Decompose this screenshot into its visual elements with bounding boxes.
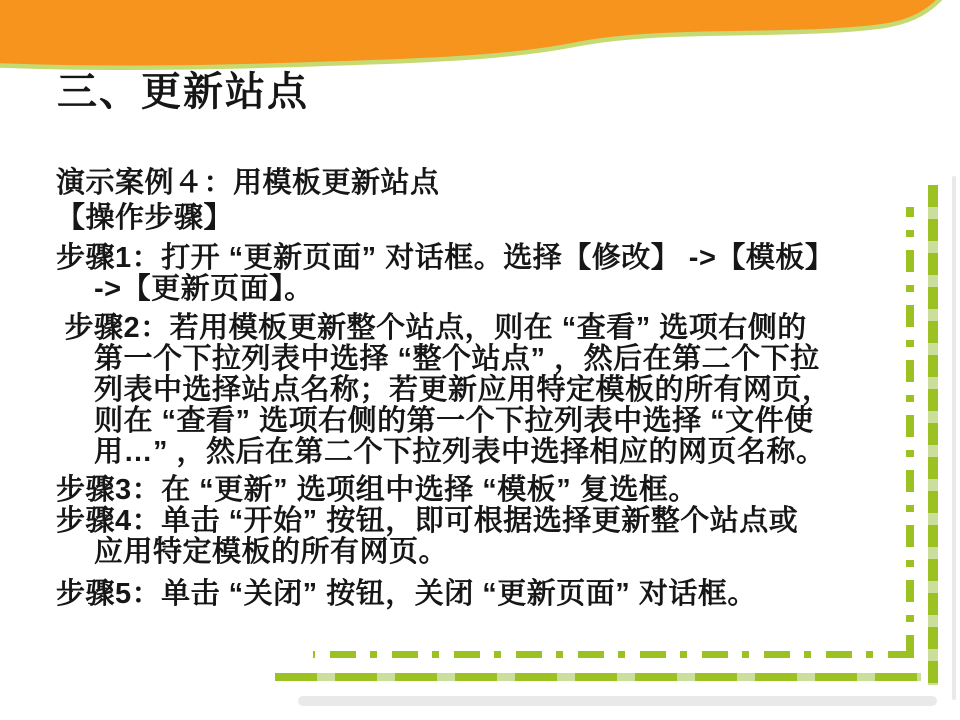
body-line: 列表中选择站点名称；若更新应用特定模板的所有网页，	[56, 375, 916, 406]
body-line: 则在 “查看” 选项右侧的第一个下拉列表中选择 “文件使	[56, 406, 916, 437]
slide-title: 三、更新站点	[57, 70, 309, 114]
body-line: 应用特定模板的所有网页。	[56, 537, 916, 568]
body-line: ->【更新页面】。	[56, 274, 916, 305]
next-page-edge-bottom	[298, 696, 937, 706]
body-line: 用…” ，然后在第二个下拉列表中选择相应的网页名称。	[56, 437, 916, 468]
horizontal-thick-dashed-line	[275, 673, 921, 681]
body-line: 【操作步骤】	[56, 203, 916, 234]
body-line: 步骤3：在 “更新” 选项组中选择 “模板” 复选框。	[56, 475, 916, 506]
body-line: 步骤5：单击 “关闭” 按钮，关闭 “更新页面” 对话框。	[56, 579, 916, 610]
horizontal-dash-dot-line	[313, 651, 914, 658]
body-line: 第一个下拉列表中选择 “整个站点” ，然后在第二个下拉	[56, 344, 916, 375]
body-line: 步骤2：若用模板更新整个站点，则在 “查看” 选项右侧的	[56, 313, 916, 344]
next-page-edge-right	[952, 176, 956, 700]
vertical-dash-dot-line	[906, 207, 914, 657]
slide: 三、更新站点 演示案例４：用模板更新站点【操作步骤】步骤1：打开 “更新页面” …	[0, 0, 960, 720]
body-line: 演示案例４：用模板更新站点	[56, 168, 916, 199]
body-line: 步骤1：打开 “更新页面” 对话框。选择【修改】 ->【模板】	[56, 243, 916, 274]
vertical-thick-dashed-line	[928, 185, 938, 685]
slide-body: 演示案例４：用模板更新站点【操作步骤】步骤1：打开 “更新页面” 对话框。选择【…	[56, 168, 916, 610]
body-line: 步骤4：单击 “开始” 按钮，即可根据选择更新整个站点或	[56, 506, 916, 537]
header-wave-graphic	[0, 0, 960, 80]
